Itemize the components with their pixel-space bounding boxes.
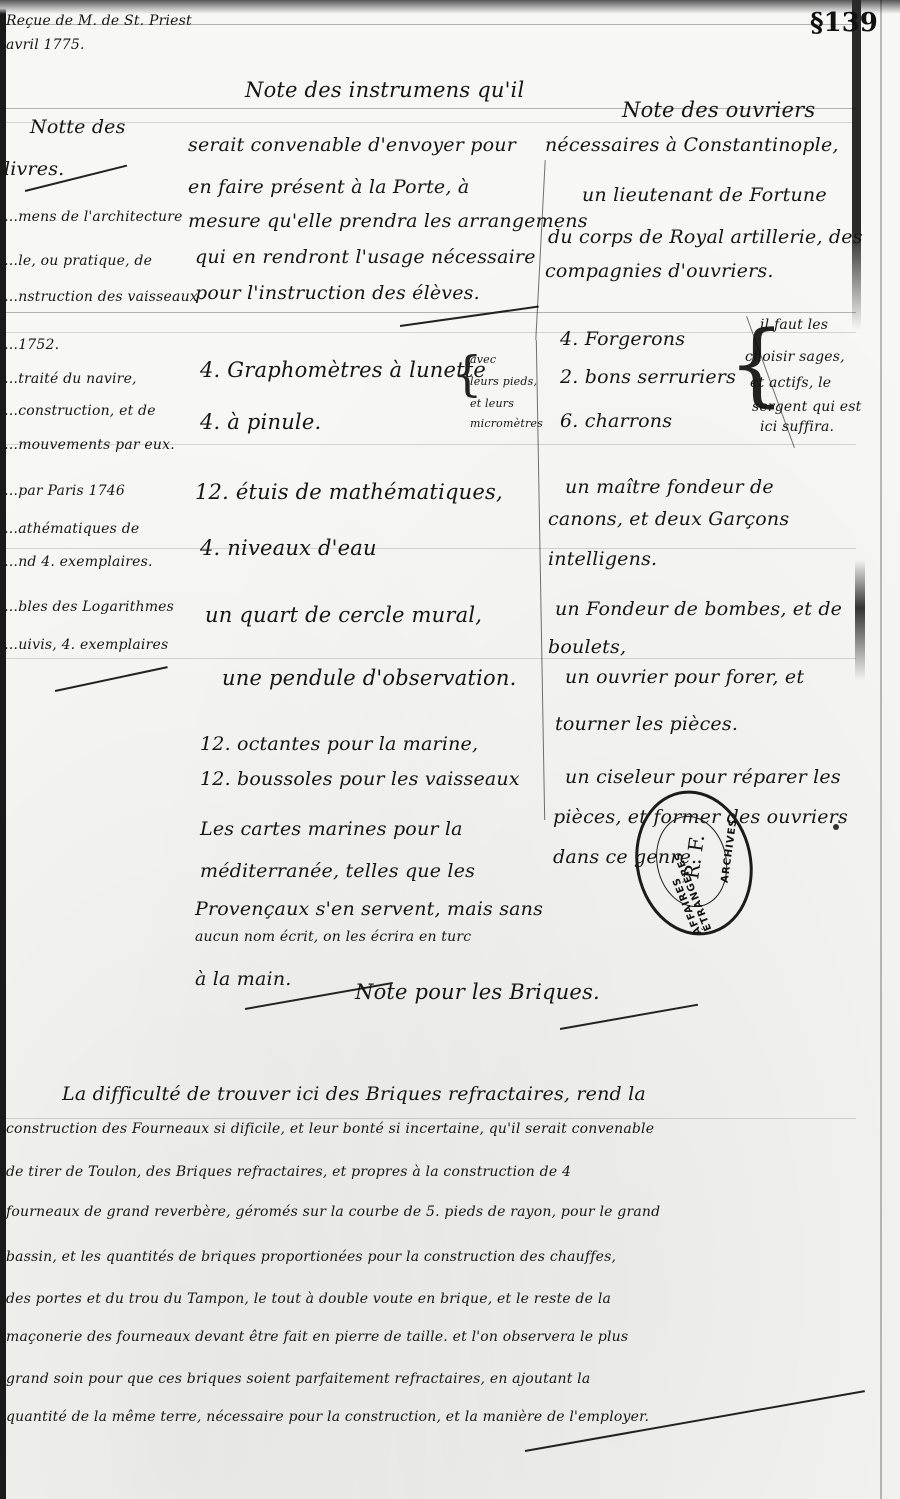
side-note-line: il faut les [760, 318, 828, 332]
left-line: …athématiques de [4, 522, 139, 536]
bracket-note-line: micromètres [470, 418, 543, 429]
header-note-line-1: Reçue de M. de St. Priest [6, 14, 192, 28]
instruments-title: Note des instrumens qu'il [245, 80, 524, 101]
worker-item: un Fondeur de bombes, et de [555, 600, 842, 619]
left-line: …par Paris 1746 [4, 484, 125, 498]
workers-intro-line: nécessaires à Constantinople, [545, 136, 839, 155]
bricks-line: des portes et du trou du Tampon, le tout… [6, 1292, 611, 1306]
instruments-intro-line: serait convenable d'envoyer pour [188, 136, 516, 155]
ruled-line [6, 1118, 856, 1119]
worker-item: boulets, [548, 638, 626, 657]
instrument-item: aucun nom écrit, on les écrira en turc [195, 930, 471, 944]
flourish-line [400, 306, 539, 327]
flourish-line [560, 1004, 698, 1030]
archives-stamp: R. F. AFFAIRES ÉTRANGÈRES ARCHIVES [622, 780, 766, 947]
left-column-title-cont: livres. [4, 160, 64, 179]
instruments-intro-line: mesure qu'elle prendra les arrangemens [188, 212, 588, 231]
worker-item: 4. Forgerons [560, 330, 685, 349]
page-top-shadow [0, 0, 900, 14]
instrument-item: un quart de cercle mural, [205, 605, 482, 626]
left-line: …mens de l'architecture [4, 210, 183, 224]
instruments-intro-line: pour l'instruction des élèves. [195, 284, 480, 303]
left-line: …construction, et de [4, 404, 156, 418]
left-line: …le, ou pratique, de [4, 254, 152, 268]
page-right-shadow [855, 560, 865, 680]
instrument-item: Les cartes marines pour la [200, 820, 463, 839]
side-note-line: sergent qui est [752, 400, 862, 414]
instruments-intro-line: qui en rendront l'usage nécessaire [195, 248, 536, 267]
bricks-line: quantité de la même terre, nécessaire po… [6, 1410, 649, 1424]
bricks-line: maçonerie des fourneaux devant être fait… [6, 1330, 628, 1344]
left-line: …uivis, 4. exemplaires [4, 638, 168, 652]
instruments-intro-line: en faire présent à la Porte, à [188, 178, 469, 197]
page-right-binding-shadow [852, 0, 861, 330]
workers-intro-line: un lieutenant de Fortune [582, 186, 827, 205]
flourish-line [55, 666, 168, 691]
ruled-line [6, 548, 856, 549]
worker-item: un ciseleur pour réparer les [565, 768, 841, 787]
bricks-line: fourneaux de grand reverbère, géromés su… [6, 1205, 660, 1219]
folio-digits: 139 [824, 8, 878, 38]
worker-item: 2. bons serruriers [560, 368, 736, 387]
bracket-note-line: avec [470, 354, 496, 365]
left-line: …bles des Logarithmes [4, 600, 174, 614]
ruled-line [6, 122, 856, 123]
workers-intro-line: du corps de Royal artillerie, des [548, 228, 863, 247]
header-note-line-2: avril 1775. [6, 38, 85, 52]
page-right-edge-line [880, 0, 882, 1499]
bricks-line: bassin, et les quantités de briques prop… [6, 1250, 616, 1264]
bricks-line: construction des Fourneaux si dificile, … [6, 1122, 654, 1136]
worker-item: intelligens. [548, 550, 657, 569]
instrument-item: 4. à pinule. [200, 412, 321, 433]
instrument-item: 12. boussoles pour les vaisseaux [200, 770, 520, 789]
left-column-title: Notte des [30, 118, 126, 137]
instrument-item: une pendule d'observation. [222, 668, 516, 689]
instrument-item: Provençaux s'en servent, mais sans [195, 900, 543, 919]
instrument-item: 12. octantes pour la marine, [200, 735, 478, 754]
bricks-line: grand soin pour que ces briques soient p… [6, 1372, 590, 1386]
ruled-line [6, 658, 856, 659]
worker-item: canons, et deux Garçons [548, 510, 789, 529]
side-note-line: ici suffira. [760, 420, 834, 434]
folio-number: §139 [810, 8, 878, 38]
folio-mark: § [810, 8, 824, 38]
left-line: …mouvements par eux. [4, 438, 175, 452]
side-note-line: et actifs, le [750, 376, 831, 390]
bricks-line: La difficulté de trouver ici des Briques… [62, 1085, 646, 1104]
bracket-note-line: leurs pieds, [470, 376, 537, 387]
instrument-item: 12. étuis de mathématiques, [195, 482, 503, 503]
bricks-line: de tirer de Toulon, des Briques refracta… [6, 1165, 571, 1179]
worker-item: tourner les pièces. [555, 715, 738, 734]
instrument-item: 4. Graphomètres à lunette [200, 360, 486, 381]
bricks-title: Note pour les Briques. [355, 982, 600, 1003]
instrument-item: méditerranée, telles que les [200, 862, 475, 881]
left-line: …nd 4. exemplaires. [4, 555, 153, 569]
manuscript-page: §139 Reçue de M. de St. Priest avril 177… [0, 0, 900, 1499]
left-line: …1752. [4, 338, 59, 352]
workers-title: Note des ouvriers [622, 100, 815, 121]
instrument-item: 4. niveaux d'eau [200, 538, 377, 559]
column-divider [536, 340, 546, 820]
workers-intro-line: compagnies d'ouvriers. [545, 262, 774, 281]
worker-item: un maître fondeur de [565, 478, 774, 497]
ink-speck [833, 824, 839, 830]
instrument-item: à la main. [195, 970, 292, 989]
left-line: …traité du navire, [4, 372, 137, 386]
bracket-note-line: et leurs [470, 398, 514, 409]
worker-item: un ouvrier pour forer, et [565, 668, 804, 687]
left-line: …nstruction des vaisseaux [4, 290, 198, 304]
worker-item: 6. charrons [560, 412, 672, 431]
